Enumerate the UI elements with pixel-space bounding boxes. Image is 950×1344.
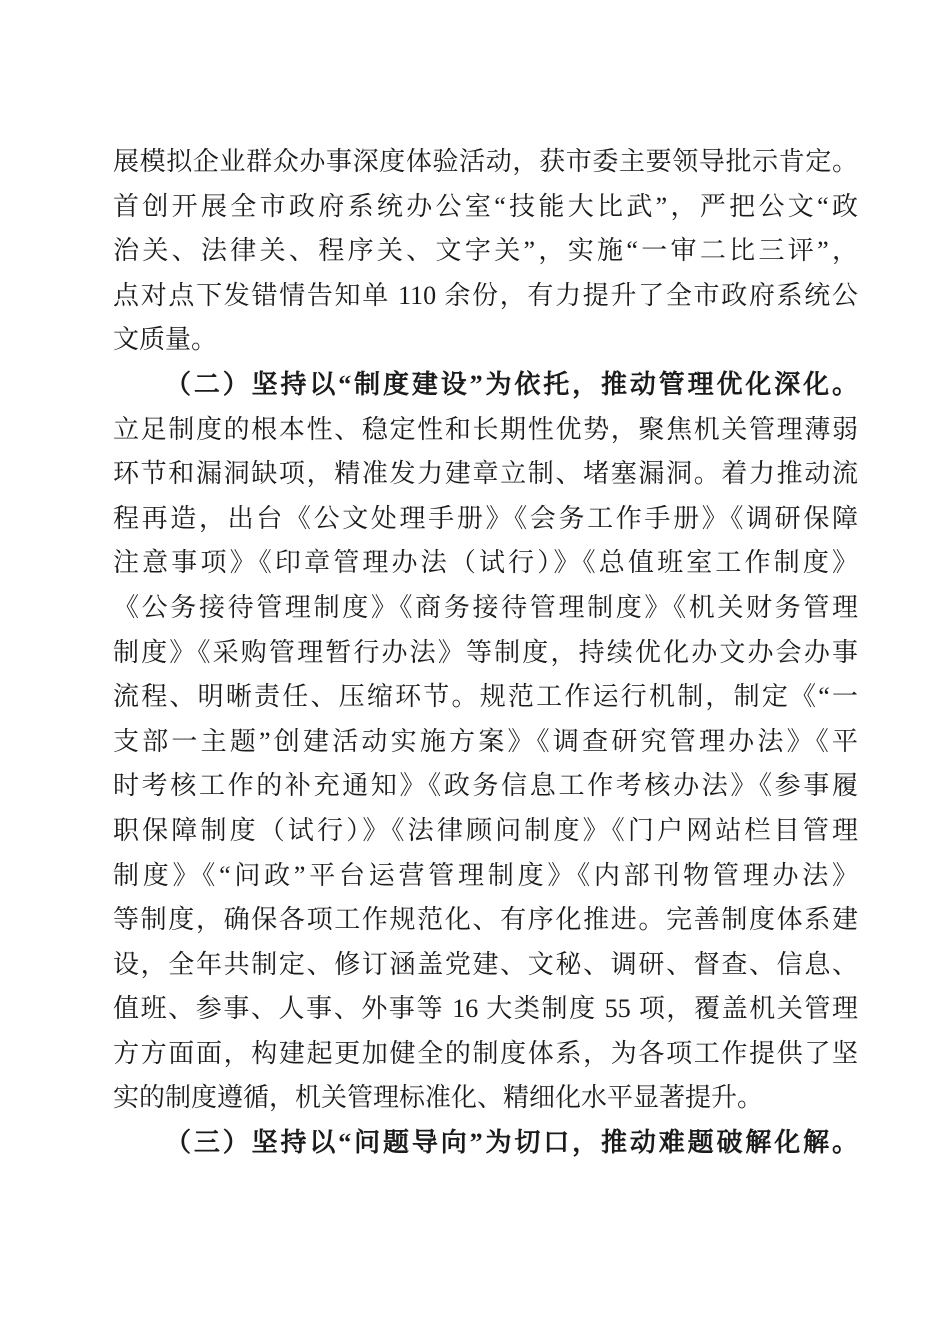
text-line: 设，全年共制定、修订涵盖党建、文秘、调研、督查、信息、 (113, 943, 858, 988)
text-line: 方方面面，构建起更加健全的制度体系，为各项工作提供了坚 (113, 1032, 858, 1077)
document-page: 展模拟企业群众办事深度体验活动，获市委主要领导批示肯定。首创开展全市政府系统办公… (0, 0, 950, 1344)
text-line: 治关、法律关、程序关、文字关”，实施“一审二比三评”， (113, 229, 858, 274)
text-line: 首创开展全市政府系统办公室“技能大比武”，严把公文“政 (113, 185, 858, 230)
text-line: 文质量。 (113, 318, 858, 363)
section-heading-line: （二）坚持以“制度建设”为依托，推动管理优化深化。 (113, 363, 858, 408)
text-line: 值班、参事、人事、外事等 16 大类制度 55 项，覆盖机关管理 (113, 987, 858, 1032)
text-line: 实的制度遵循，机关管理标准化、精细化水平显著提升。 (113, 1076, 858, 1121)
text-line: 制度》《“问政”平台运营管理制度》《内部刊物管理办法》 (113, 854, 858, 899)
text-line: 制度》《采购管理暂行办法》等制度，持续优化办文办会办事 (113, 631, 858, 676)
text-line: 职保障制度（试行）》《法律顾问制度》《门户网站栏目管理 (113, 809, 858, 854)
text-line: 《公务接待管理制度》《商务接待管理制度》《机关财务管理 (113, 586, 858, 631)
document-text-block: 展模拟企业群众办事深度体验活动，获市委主要领导批示肯定。首创开展全市政府系统办公… (113, 140, 858, 1166)
text-line: 等制度，确保各项工作规范化、有序化推进。完善制度体系建 (113, 898, 858, 943)
text-line: 点对点下发错情告知单 110 余份，有力提升了全市政府系统公 (113, 274, 858, 319)
text-line: 流程、明晰责任、压缩环节。规范工作运行机制，制定《“一 (113, 675, 858, 720)
text-line: 程再造，出台《公文处理手册》《会务工作手册》《调研保障 (113, 497, 858, 542)
text-line: 时考核工作的补充通知》《政务信息工作考核办法》《参事履 (113, 764, 858, 809)
text-line: 支部一主题”创建活动实施方案》《调查研究管理办法》《平 (113, 720, 858, 765)
text-line: 注意事项》《印章管理办法（试行）》《总值班室工作制度》 (113, 541, 858, 586)
text-line: 立足制度的根本性、稳定性和长期性优势，聚焦机关管理薄弱 (113, 408, 858, 453)
section-heading-line: （三）坚持以“问题导向”为切口，推动难题破解化解。 (113, 1121, 858, 1166)
text-line: 环节和漏洞缺项，精准发力建章立制、堵塞漏洞。着力推动流 (113, 452, 858, 497)
text-line: 展模拟企业群众办事深度体验活动，获市委主要领导批示肯定。 (113, 140, 858, 185)
